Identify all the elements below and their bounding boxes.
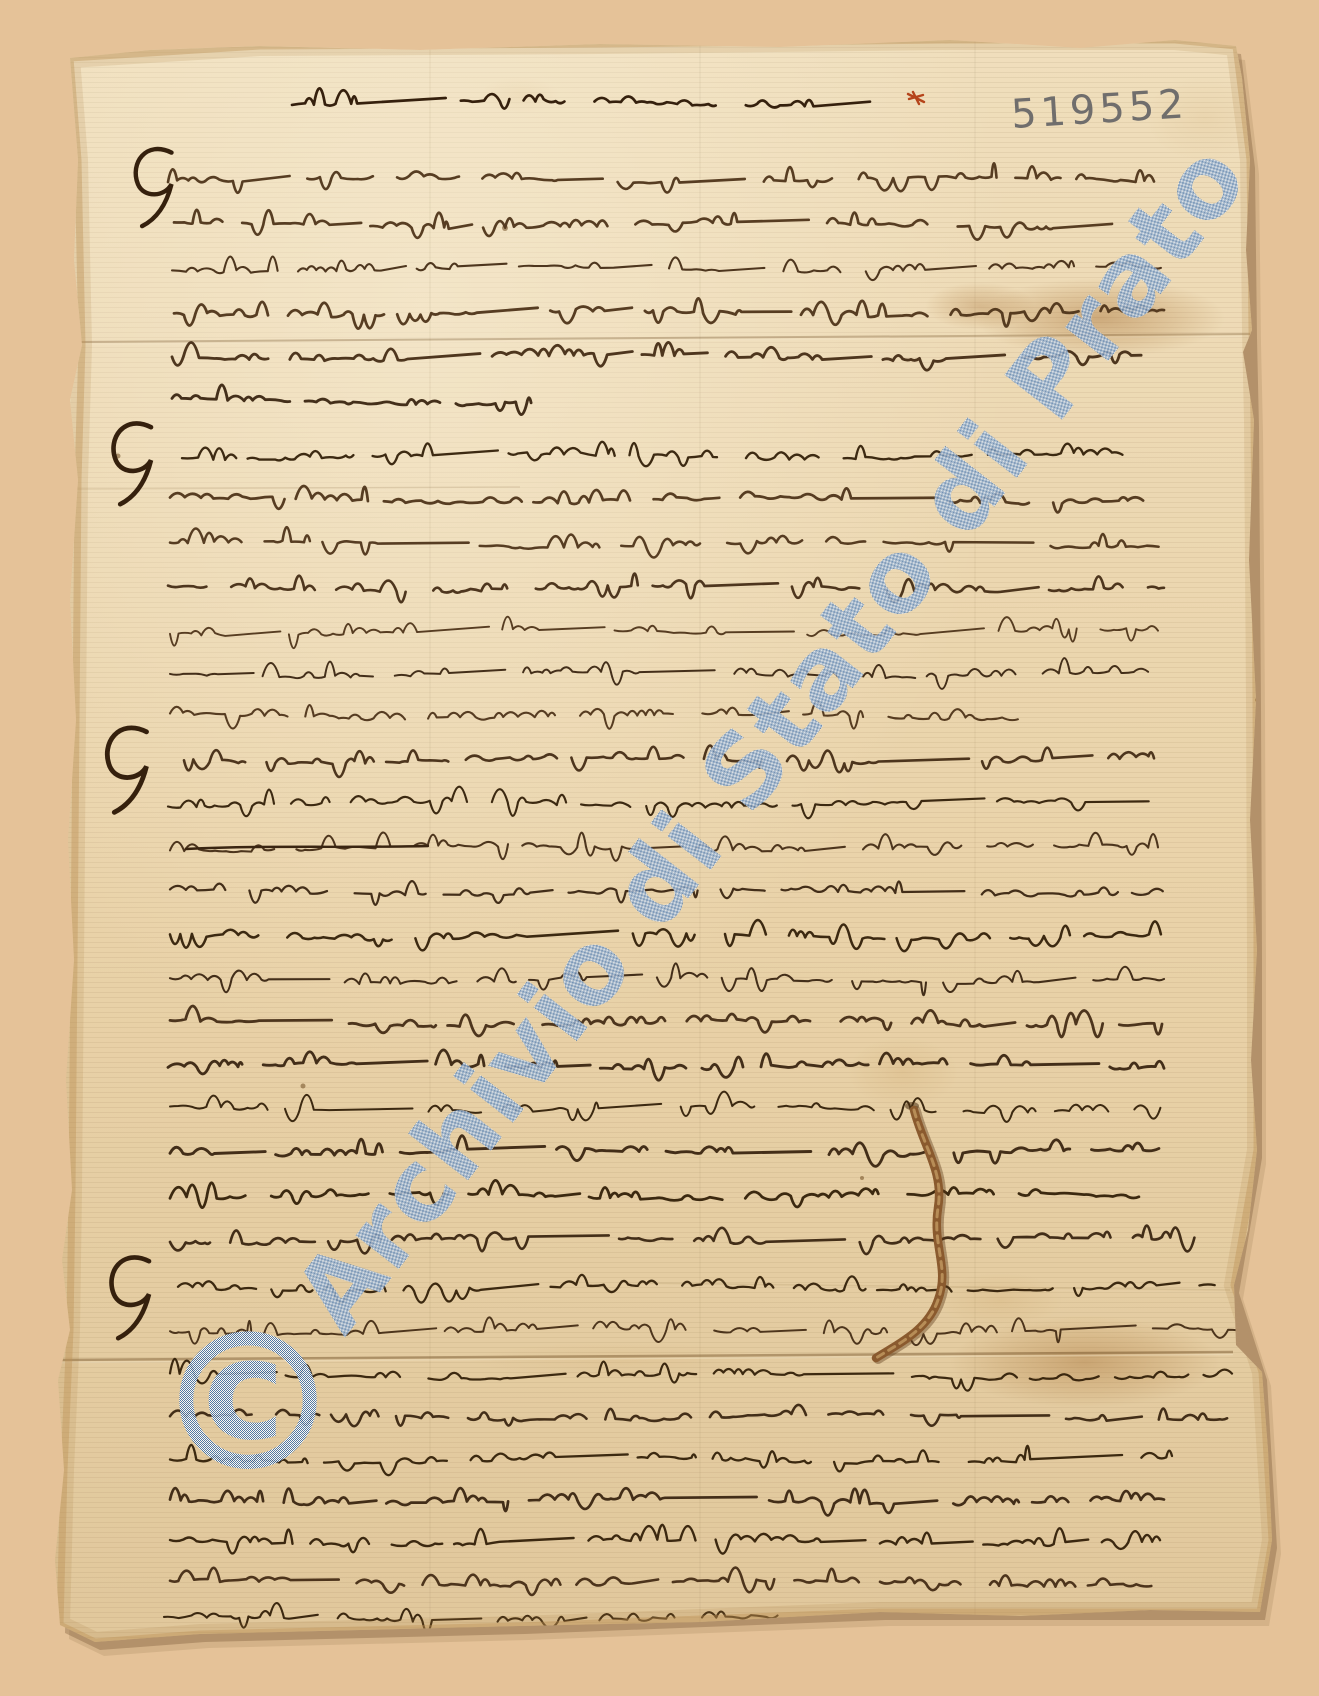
speck [301, 1084, 306, 1089]
stain [848, 1036, 958, 1108]
scan-background: Al nome di Dio amen a di ... di settembr… [0, 0, 1319, 1696]
paper-sheet: © Archivio di Stato di Prato 519552 [0, 0, 1319, 1696]
stain [925, 282, 1035, 330]
manuscript-page: Al nome di Dio amen a di ... di settembr… [0, 0, 1319, 1696]
stain [938, 1272, 1062, 1328]
copyright-icon: © [153, 1293, 343, 1514]
stain [950, 1316, 1220, 1408]
speck [860, 1176, 864, 1180]
